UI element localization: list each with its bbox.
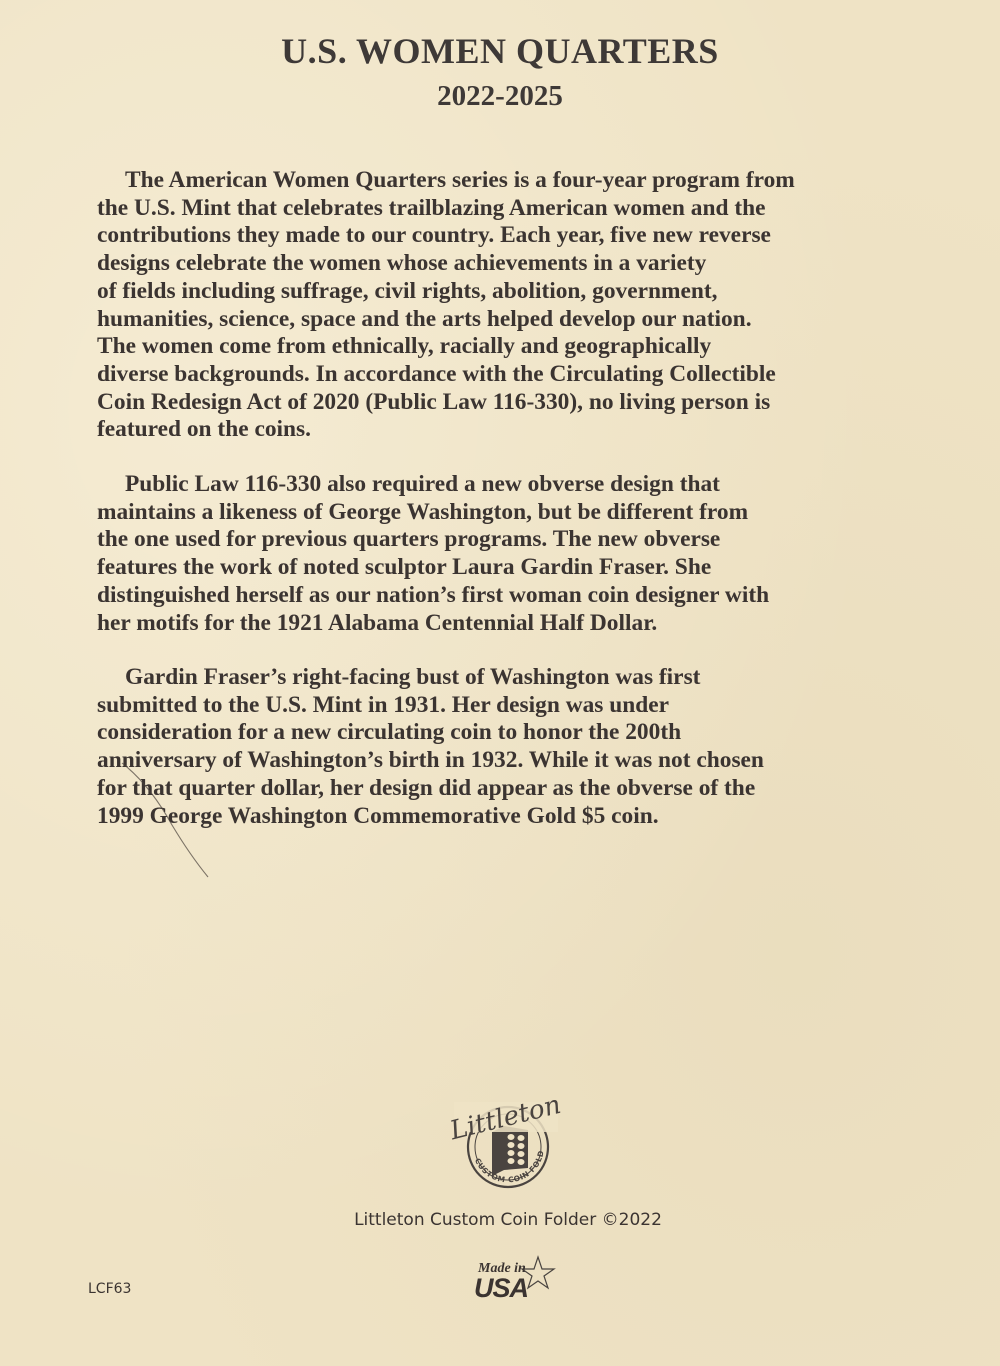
text-line: Gardin Fraser’s right-facing bust of Was… [97,664,957,692]
paragraph-series-intro: The American Women Quarters series is a … [97,167,957,444]
text-line: designs celebrate the women whose achiev… [97,250,957,278]
text-line: maintains a likeness of George Washingto… [97,499,957,527]
text-line: contributions they made to our country. … [97,222,957,250]
page-subtitle-years: 2022-2025 [0,80,1000,113]
text-line: The American Women Quarters series is a … [97,167,957,195]
text-line: featured on the coins. [97,416,957,444]
text-line: the one used for previous quarters progr… [97,526,957,554]
text-line: for that quarter dollar, her design did … [97,775,957,803]
text-line: submitted to the U.S. Mint in 1931. Her … [97,692,957,720]
text-line: anniversary of Washington’s birth in 193… [97,747,957,775]
text-line: humanities, science, space and the arts … [97,306,957,334]
text-line: her motifs for the 1921 Alabama Centenni… [97,610,957,638]
text-line: Coin Redesign Act of 2020 (Public Law 11… [97,389,957,417]
text-line: the U.S. Mint that celebrates trailblazi… [97,195,957,223]
text-line: distinguished herself as our nation’s fi… [97,582,957,610]
folder-back-page: U.S. WOMEN QUARTERS 2022-2025 The Americ… [0,0,1000,1366]
paragraph-obverse-design: Public Law 116-330 also required a new o… [97,471,957,637]
text-line: of fields including suffrage, civil righ… [97,278,957,306]
page-title: U.S. WOMEN QUARTERS [0,30,1000,72]
footer-copyright: Littleton Custom Coin Folder ©2022 [0,1210,1000,1230]
text-line: Public Law 116-330 also required a new o… [97,471,957,499]
littleton-logo: Littleton CUSTOM COIN FOLDER [440,1092,570,1192]
text-line: diverse backgrounds. In accordance with … [97,361,957,389]
paragraph-fraser-bust-history: Gardin Fraser’s right-facing bust of Was… [97,664,957,830]
made-in-usa-badge: Made in USA [472,1255,556,1301]
text-line: consideration for a new circulating coin… [97,719,957,747]
svg-text:USA: USA [474,1273,528,1301]
text-line: features the work of noted sculptor Laur… [97,554,957,582]
text-line: The women come from ethnically, racially… [97,333,957,361]
catalog-code: LCF63 [88,1281,131,1297]
text-line: 1999 George Washington Commemorative Gol… [97,803,957,831]
